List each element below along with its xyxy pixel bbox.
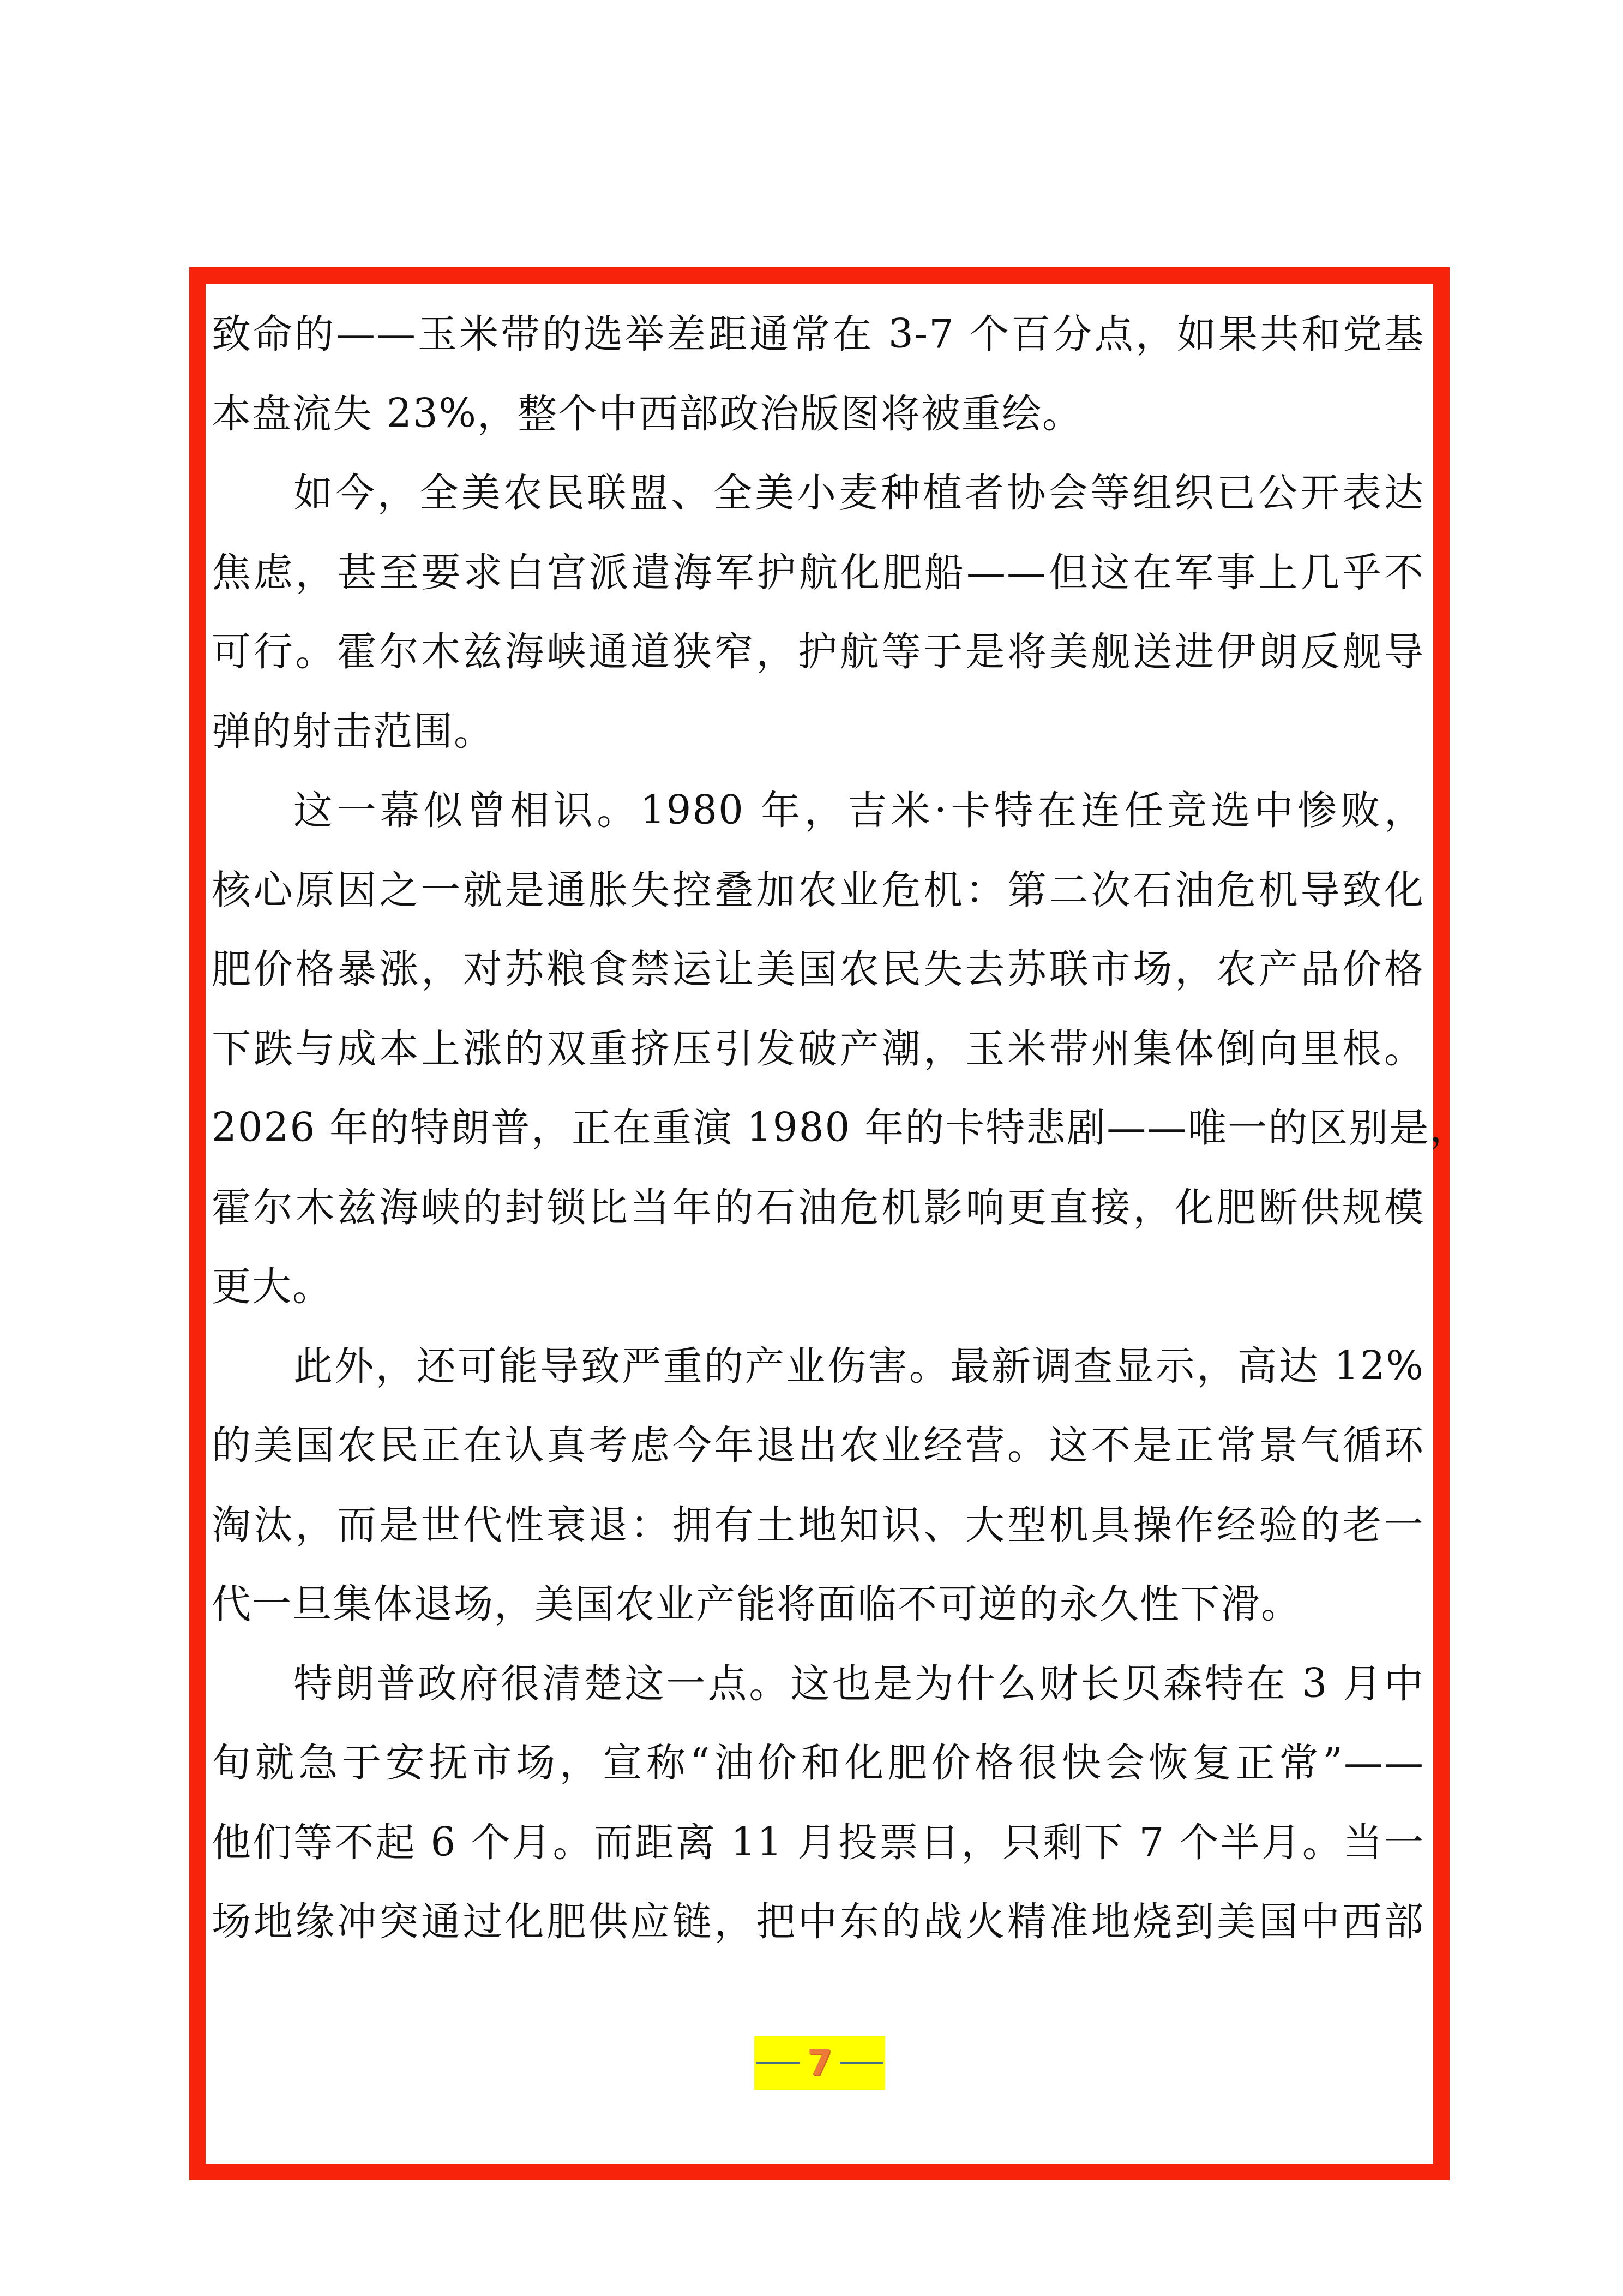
text-line: 此外，还可能导致严重的产业伤害。最新调查显示，高达 12% <box>212 1327 1424 1406</box>
paragraph: 此外，还可能导致严重的产业伤害。最新调查显示，高达 12% 的美国农民正在认真考… <box>212 1327 1424 1644</box>
text-line: 可行。霍尔木兹海峡通道狭窄，护航等于是将美舰送进伊朗反舰导 <box>212 612 1424 692</box>
text-line: 他们等不起 6 个月。而距离 11 月投票日，只剩下 7 个半月。当一 <box>212 1803 1424 1883</box>
document-body: 致命的——玉米带的选举差距通常在 3-7 个百分点，如果共和党基 本盘流失 23… <box>212 295 1424 1962</box>
text-line: 2026 年的特朗普，正在重演 1980 年的卡特悲剧——唯一的区别是， <box>212 1088 1424 1168</box>
text-line: 霍尔木兹海峡的封锁比当年的石油危机影响更直接，化肥断供规模 <box>212 1168 1424 1248</box>
page-number: 7 <box>807 2045 832 2081</box>
text-line: 弹的射击范围。 <box>212 692 1424 771</box>
text-line: 下跌与成本上涨的双重挤压引发破产潮，玉米带州集体倒向里根。 <box>212 1009 1424 1089</box>
text-line: 这一幕似曾相识。1980 年，吉米·卡特在连任竞选中惨败， <box>212 771 1424 850</box>
text-line: 代一旦集体退场，美国农业产能将面临不可逆的永久性下滑。 <box>212 1564 1424 1644</box>
text-line: 本盘流失 23%，整个中西部政治版图将被重绘。 <box>212 374 1424 454</box>
text-line: 场地缘冲突通过化肥供应链，把中东的战火精准地烧到美国中西部 <box>212 1882 1424 1962</box>
text-line: 肥价格暴涨，对苏粮食禁运让美国农民失去苏联市场，农产品价格 <box>212 930 1424 1009</box>
dash-right-decoration <box>840 2062 883 2064</box>
paragraph: 特朗普政府很清楚这一点。这也是为什么财长贝森特在 3 月中 旬就急于安抚市场，宣… <box>212 1644 1424 1962</box>
text-line: 如今，全美农民联盟、全美小麦种植者协会等组织已公开表达 <box>212 453 1424 533</box>
text-line: 特朗普政府很清楚这一点。这也是为什么财长贝森特在 3 月中 <box>212 1644 1424 1724</box>
dash-left-decoration <box>756 2062 800 2064</box>
paragraph: 致命的——玉米带的选举差距通常在 3-7 个百分点，如果共和党基 本盘流失 23… <box>212 295 1424 453</box>
paragraph: 这一幕似曾相识。1980 年，吉米·卡特在连任竞选中惨败， 核心原因之一就是通胀… <box>212 771 1424 1327</box>
page-number-badge: 7 <box>754 2036 885 2090</box>
text-line: 核心原因之一就是通胀失控叠加农业危机：第二次石油危机导致化 <box>212 850 1424 930</box>
text-line: 致命的——玉米带的选举差距通常在 3-7 个百分点，如果共和党基 <box>212 295 1424 374</box>
paragraph: 如今，全美农民联盟、全美小麦种植者协会等组织已公开表达 焦虑，甚至要求白宫派遣海… <box>212 453 1424 771</box>
text-line: 淘汰，而是世代性衰退：拥有土地知识、大型机具操作经验的老一 <box>212 1485 1424 1565</box>
text-line: 的美国农民正在认真考虑今年退出农业经营。这不是正常景气循环 <box>212 1406 1424 1485</box>
text-line: 旬就急于安抚市场，宣称“油价和化肥价格很快会恢复正常”—— <box>212 1723 1424 1803</box>
text-line: 焦虑，甚至要求白宫派遣海军护航化肥船——但这在军事上几乎不 <box>212 533 1424 613</box>
text-line: 更大。 <box>212 1247 1424 1327</box>
